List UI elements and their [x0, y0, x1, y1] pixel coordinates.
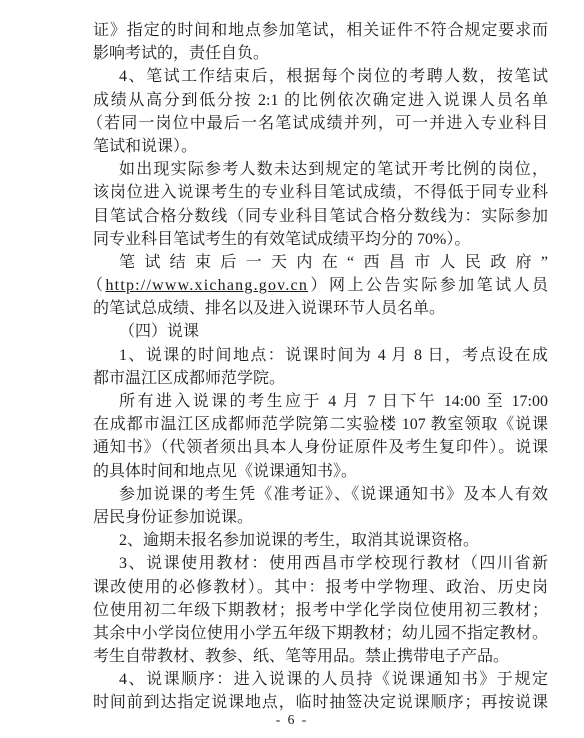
doc-line: 目笔试合格分数线（同专业科目笔试合格分数线为：实际参加	[93, 205, 548, 228]
doc-line: 都市温江区成都师范学院。	[93, 367, 548, 390]
doc-line: 参加说课的考生凭《准考证》、《说课通知书》及本人有效	[93, 483, 548, 506]
document-body: 证》指定的时间和地点参加笔试，相关证件不符合规定要求而 影响考试的，责任自负。 …	[93, 19, 548, 715]
doc-line: 笔试结束后一天内在“西昌市人民政府”	[93, 251, 548, 274]
document-page: 证》指定的时间和地点参加笔试，相关证件不符合规定要求而 影响考试的，责任自负。 …	[0, 0, 584, 738]
doc-line: 笔试和说课）。	[93, 135, 548, 158]
doc-line: 成绩从高分到低分按 2:1 的比例依次确定进入说课人员名单	[93, 89, 548, 112]
doc-line: 该岗位进入说课考生的专业科目笔试成绩，不得低于同专业科	[93, 181, 548, 204]
doc-line: 所有进入说课的考生应于 4 月 7 日下午 14:00 至 17:00	[93, 390, 548, 413]
doc-line: 考生自带教材、教参、纸、笔等用品。禁止携带电子产品。	[93, 645, 548, 668]
government-website-link[interactable]: http://www.xichang.gov.cn	[105, 277, 308, 294]
doc-line: 证》指定的时间和地点参加笔试，相关证件不符合规定要求而	[93, 19, 548, 42]
doc-line: 3、说课使用教材：使用西昌市学校现行教材（四川省新	[93, 552, 548, 575]
doc-line: 的具体时间和地点见《说课通知书》。	[93, 460, 548, 483]
doc-line: 如出现实际参考人数未达到规定的笔试开考比例的岗位，	[93, 158, 548, 181]
doc-line: 影响考试的，责任自负。	[93, 42, 548, 65]
section-heading: （四）说课	[93, 320, 548, 343]
open-paren: （	[93, 277, 105, 294]
doc-line: 2、逾期未报名参加说课的考生，取消其说课资格。	[93, 529, 548, 552]
doc-line-with-url: （http://www.xichang.gov.cn）网上公告实际参加笔试人员	[93, 274, 548, 297]
doc-line: 的笔试总成绩、排名以及进入说课环节人员名单。	[93, 297, 548, 320]
doc-line: 其余中小学岗位使用小学五年级下期教材；幼儿园不指定教材。	[93, 622, 548, 645]
doc-line: 4、笔试工作结束后，根据每个岗位的考聘人数，按笔试	[93, 65, 548, 88]
doc-line: （若同一岗位中最后一名笔试成绩并列，可一并进入专业科目	[93, 112, 548, 135]
doc-line: 1、说课的时间地点：说课时间为 4 月 8 日，考点设在成	[93, 344, 548, 367]
page-number: - 6 -	[0, 712, 584, 728]
doc-line: 课改使用的必修教材）。其中：报考中学物理、政治、历史岗	[93, 576, 548, 599]
url-line-rest: ）网上公告实际参加笔试人员	[308, 277, 548, 294]
doc-line: 位使用初二年级下期教材；报考中学化学岗位使用初三教材；	[93, 599, 548, 622]
doc-line: 在成都市温江区成都师范学院第二实验楼 107 教室领取《说课	[93, 413, 548, 436]
doc-line: 通知书》（代领者须出具本人身份证原件及考生复印件）。说课	[93, 436, 548, 459]
doc-line: 4、说课顺序：进入说课的人员持《说课通知书》于规定	[93, 668, 548, 691]
doc-line: 居民身份证参加说课。	[93, 506, 548, 529]
doc-line: 同专业科目笔试考生的有效笔试成绩平均分的 70%）。	[93, 228, 548, 251]
